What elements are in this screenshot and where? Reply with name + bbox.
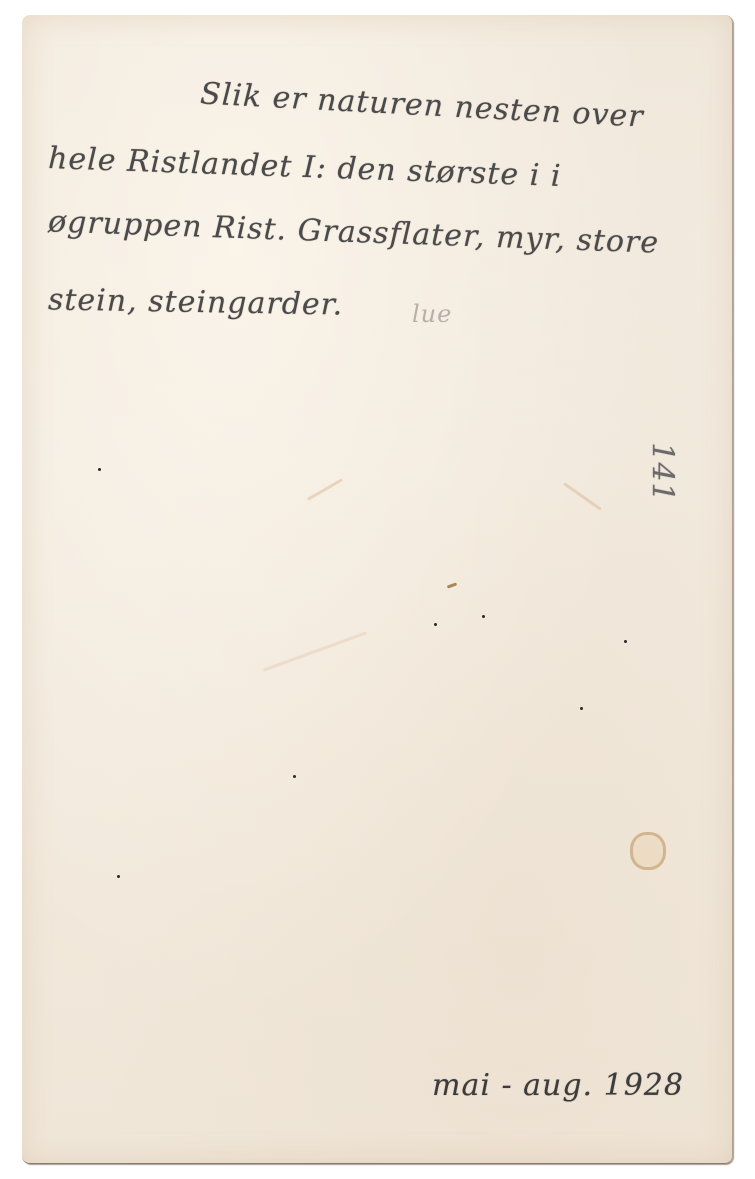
dot-mark bbox=[117, 875, 120, 878]
dot-mark bbox=[482, 615, 485, 618]
dot-mark bbox=[624, 640, 627, 643]
dot-mark bbox=[98, 468, 101, 471]
dot-mark bbox=[293, 775, 296, 778]
stain-mark bbox=[630, 832, 666, 870]
dot-mark bbox=[580, 707, 583, 710]
date-note: mai - aug. 1928 bbox=[432, 1068, 684, 1103]
dot-mark bbox=[434, 623, 437, 626]
text-line-4: stein, steingarder. bbox=[48, 282, 344, 322]
faint-word: lue bbox=[412, 300, 452, 328]
side-note-number: 141 bbox=[645, 442, 680, 502]
